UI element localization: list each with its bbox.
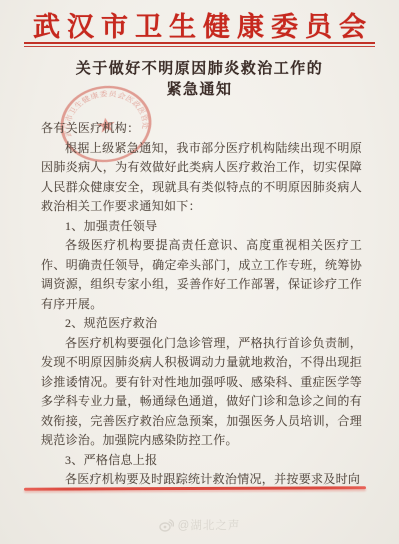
document-title: 关于做好不明原因肺炎救治工作的 紧急通知 bbox=[0, 59, 399, 101]
weibo-eye-icon bbox=[159, 519, 174, 532]
letterhead-org-name: 武汉市卫生健康委员会 bbox=[0, 5, 399, 44]
paragraph-intro: 根据上级紧急通知，我市部分医疗机构陆续出现不明原因肺炎病人，为有效做好此类病人医… bbox=[41, 139, 362, 217]
paragraph-section-2: 各医疗机构要强化门急诊管理，严格执行首诊负责制，发现不明原因肺炎病人积极调动力量… bbox=[41, 334, 362, 451]
section-heading-2: 2、规范医疗救治 bbox=[41, 314, 362, 334]
weibo-watermark: @湖北之声 bbox=[0, 517, 399, 533]
section-heading-1: 1、加强责任领导 bbox=[41, 217, 362, 237]
notice-body: 各有关医疗机构： 根据上级紧急通知，我市部分医疗机构陆续出现不明原因肺炎病人，为… bbox=[41, 119, 362, 490]
section-heading-3: 3、严格信息上报 bbox=[41, 451, 362, 471]
red-underline-mark bbox=[24, 486, 366, 490]
document-title-line2: 紧急通知 bbox=[0, 80, 399, 101]
salutation: 各有关医疗机构： bbox=[41, 119, 362, 139]
letterhead-divider bbox=[24, 42, 375, 47]
watermark-text: @湖北之声 bbox=[178, 517, 241, 533]
paragraph-section-1: 各级医疗机构要提高责任意识、高度重视相关医疗工作、明确责任领导，确定牵头部门，成… bbox=[41, 236, 362, 314]
document-title-line1: 关于做好不明原因肺炎救治工作的 bbox=[0, 59, 399, 80]
document-page: 武汉市卫生健康委员会 关于做好不明原因肺炎救治工作的 紧急通知 武汉市卫生健康委… bbox=[0, 0, 399, 544]
